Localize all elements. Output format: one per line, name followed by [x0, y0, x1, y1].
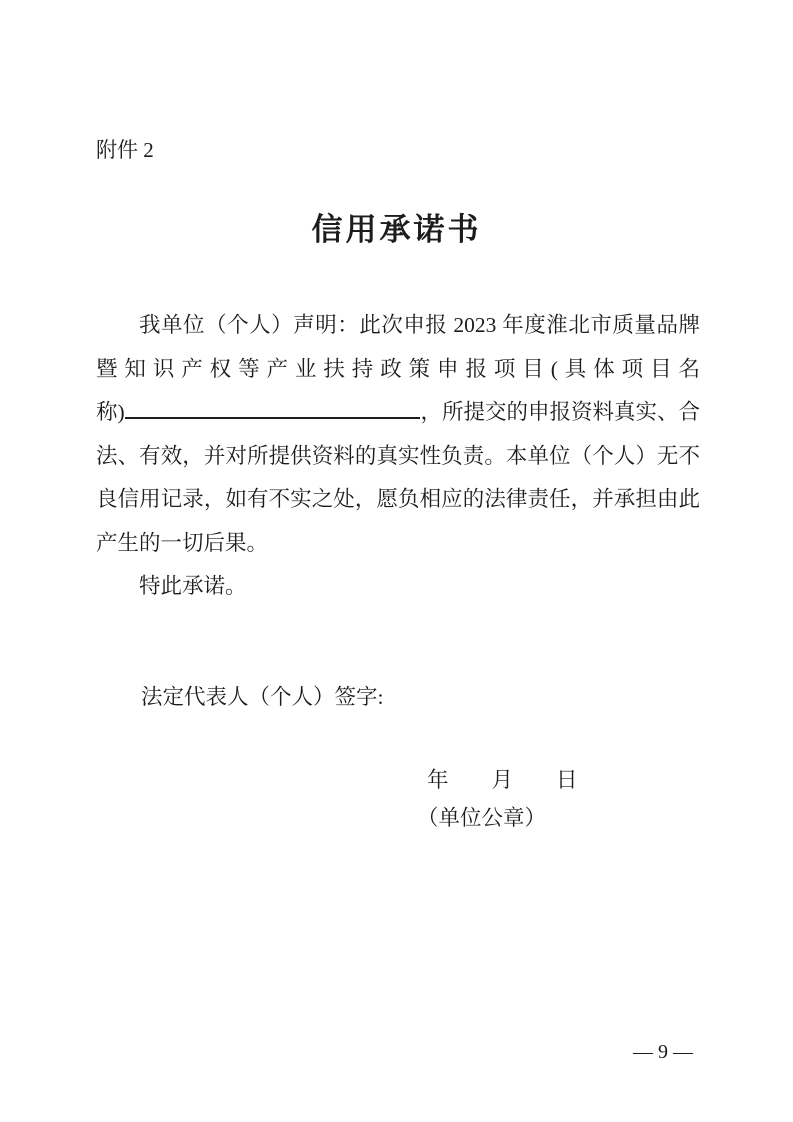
document-title: 信用承诺书 — [0, 208, 793, 252]
body-line-6: 产生的一切后果。 — [96, 522, 700, 566]
document-body: 我单位（个人）声明：此次申报 2023 年度淮北市质量品牌 暨知识产权等产业扶持… — [96, 304, 700, 609]
attachment-label: 附件 2 — [96, 136, 154, 164]
body-line-1: 我单位（个人）声明：此次申报 2023 年度淮北市质量品牌 — [96, 304, 700, 348]
body-line-7: 特此承诺。 — [96, 565, 700, 609]
body-line-3-suffix: ，所提交的申报资料真实、合 — [420, 391, 700, 435]
body-line-4: 法、有效，并对所提供资料的真实性负责。本单位（个人）无不 — [96, 435, 700, 479]
body-line-2: 暨知识产权等产业扶持政策申报项目(具体项目名 — [96, 348, 700, 392]
date-line: 年 月 日 — [427, 759, 578, 803]
body-line-3: 称) ，所提交的申报资料真实、合 — [96, 391, 700, 435]
body-line-5: 良信用记录，如有不实之处，愿负相应的法律责任，并承担由此 — [96, 478, 700, 522]
page-number: — 9 — — [633, 1040, 693, 1064]
document-page: 附件 2 信用承诺书 我单位（个人）声明：此次申报 2023 年度淮北市质量品牌… — [0, 0, 793, 1122]
project-name-blank-line — [125, 417, 421, 419]
seal-label: （单位公章） — [417, 797, 546, 841]
body-line-3-prefix: 称) — [96, 391, 125, 435]
signature-label: 法定代表人（个人）签字: — [141, 676, 383, 720]
